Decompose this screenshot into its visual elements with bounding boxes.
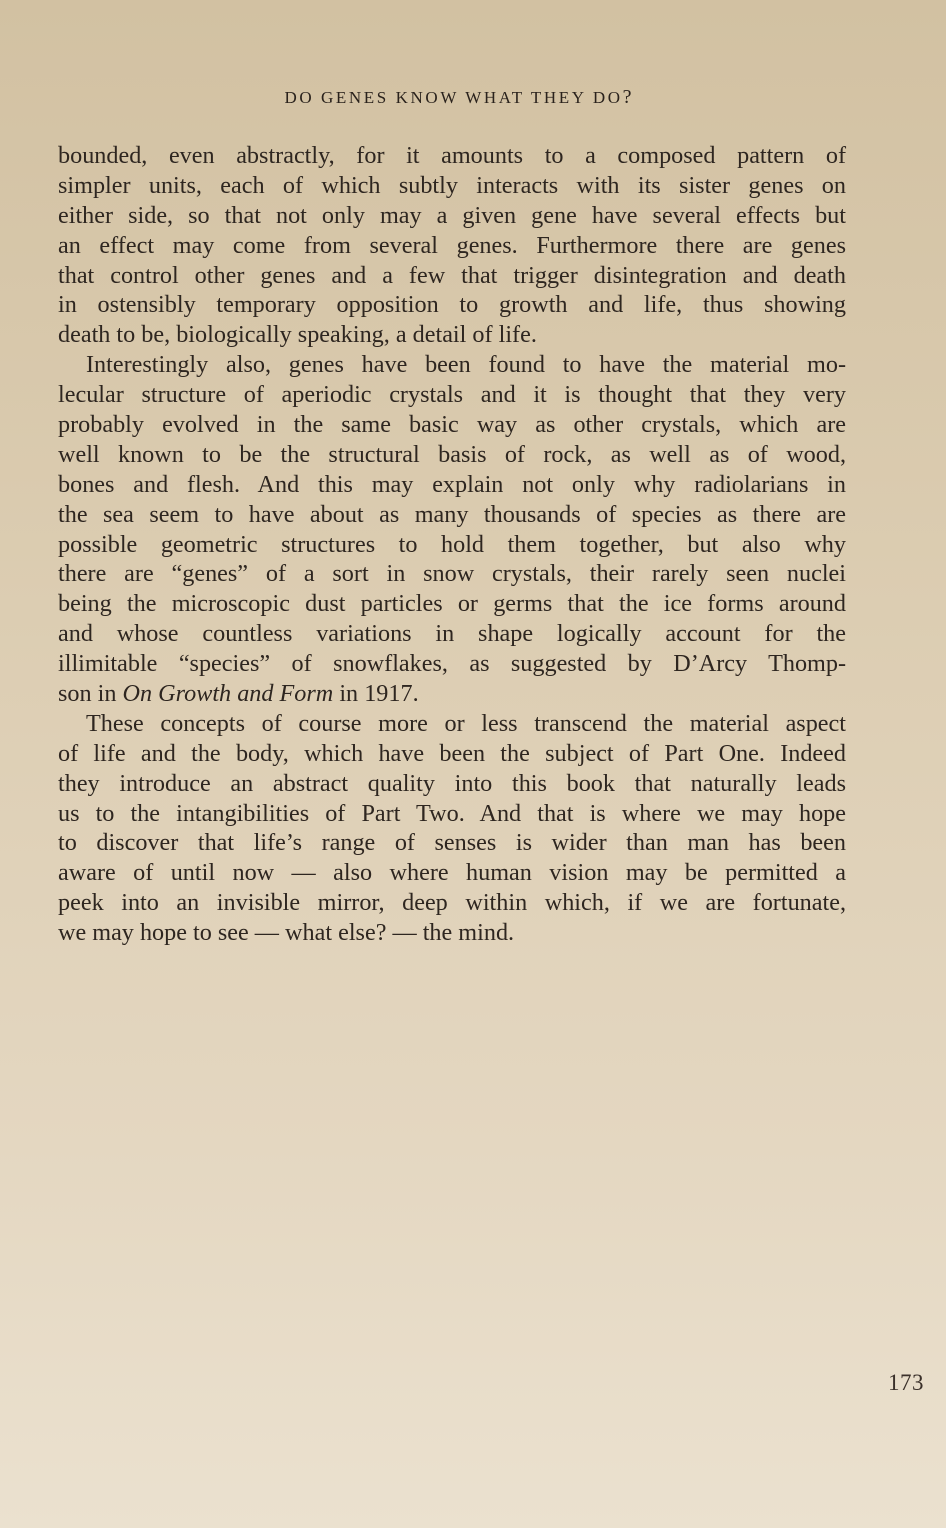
text-line: simpler units, each of which subtly inte… <box>58 171 846 201</box>
body-text: bounded, even abstractly, for it amounts… <box>58 141 846 948</box>
text-line: probably evolved in the same basic way a… <box>58 410 846 440</box>
text-line: we may hope to see — what else? — the mi… <box>58 918 846 948</box>
text-line: These concepts of course more or less tr… <box>58 709 846 739</box>
text-line: Interestingly also, genes have been foun… <box>58 350 846 380</box>
text-line: possible geometric structures to hold th… <box>58 530 846 560</box>
text-line: bounded, even abstractly, for it amounts… <box>58 141 846 171</box>
text-line: illimitable “species” of snowflakes, as … <box>58 649 846 679</box>
text-line: an effect may come from several genes. F… <box>58 231 846 261</box>
text-line: there are “genes” of a sort in snow crys… <box>58 559 846 589</box>
text-line: of life and the body, which have been th… <box>58 739 846 769</box>
paragraph-1: bounded, even abstractly, for it amounts… <box>58 141 846 350</box>
text-line: that control other genes and a few that … <box>58 261 846 291</box>
text-line: peek into an invisible mirror, deep with… <box>58 888 846 918</box>
text-line: being the microscopic dust particles or … <box>58 589 846 619</box>
text-line: to discover that life’s range of senses … <box>58 828 846 858</box>
paragraph-3: These concepts of course more or less tr… <box>58 709 846 948</box>
text-line: aware of until now — also where human vi… <box>58 858 846 888</box>
text-line: they introduce an abstract quality into … <box>58 769 846 799</box>
text-line: death to be, biologically speaking, a de… <box>58 320 846 350</box>
text-line: and whose countless variations in shape … <box>58 619 846 649</box>
text-fragment: son in <box>58 680 123 707</box>
text-line: either side, so that not only may a give… <box>58 201 846 231</box>
running-head-question-mark: ? <box>623 86 632 108</box>
paragraph-2: Interestingly also, genes have been foun… <box>58 350 846 709</box>
running-head-title: DO GENES KNOW WHAT THEY DO <box>284 88 622 107</box>
text-line-with-citation: son in On Growth and Form in 1917. <box>58 679 846 709</box>
text-line: lecular structure of aperiodic crystals … <box>58 380 846 410</box>
text-line: in ostensibly temporary opposition to gr… <box>58 290 846 320</box>
text-fragment: in 1917. <box>333 680 418 707</box>
text-line: well known to be the structural basis of… <box>58 440 846 470</box>
text-line: bones and flesh. And this may explain no… <box>58 470 846 500</box>
book-title-italic: On Growth and Form <box>123 680 334 707</box>
text-line: the sea seem to have about as many thous… <box>58 500 846 530</box>
text-line: us to the intangibilities of Part Two. A… <box>58 799 846 829</box>
book-page: DO GENES KNOW WHAT THEY DO? bounded, eve… <box>0 0 946 1528</box>
page-number: 173 <box>888 1370 924 1396</box>
running-head: DO GENES KNOW WHAT THEY DO? <box>0 86 916 109</box>
